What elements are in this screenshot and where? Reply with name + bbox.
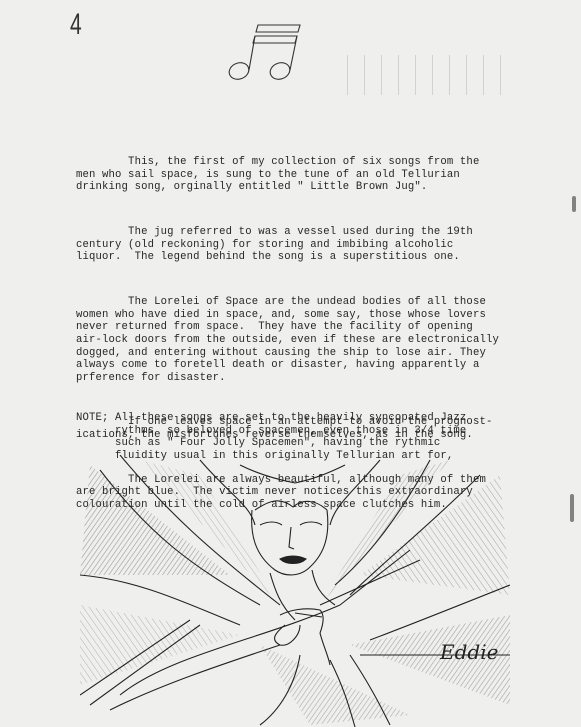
beamed-sixteenth-notes-icon xyxy=(222,22,304,82)
lorelei-illustration xyxy=(80,455,510,727)
paragraph-jug: The jug referred to was a vessel used du… xyxy=(76,226,496,264)
paragraph-lorelei: The Lorelei of Space are the undead bodi… xyxy=(76,296,496,384)
margin-mark xyxy=(572,196,576,212)
artist-signature: Eddie xyxy=(440,640,498,664)
margin-mark xyxy=(570,494,574,522)
faint-smudge-marks xyxy=(338,55,508,95)
paragraph-intro: This, the first of my collection of six … xyxy=(76,156,496,194)
page-number: 4 xyxy=(70,8,82,42)
